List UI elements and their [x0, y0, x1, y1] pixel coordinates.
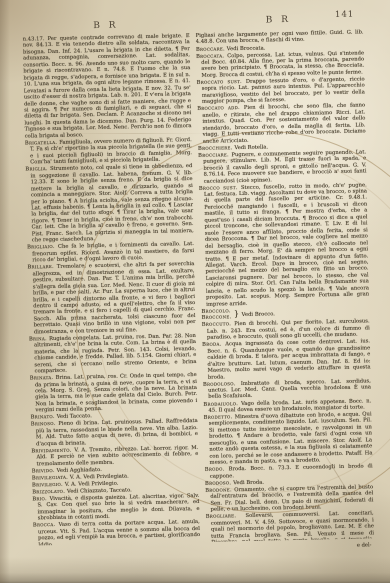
headword: Brillare. [27, 264, 56, 271]
dictionary-entry: Brina. Rugiada congelata. Lat. pruina, r… [29, 333, 197, 375]
headword: Brocco sust. [199, 185, 241, 192]
headword: Brodone. [205, 487, 234, 494]
headword: Broda. [202, 342, 225, 348]
headword: Brinoso. [31, 421, 59, 428]
headword: Brodoloso. [203, 381, 241, 388]
headword: Brogliare. [206, 513, 246, 520]
dictionary-entry: Brinoso. Pieno di brina. Lat. pruinosus.… [31, 418, 199, 447]
headword: Broccato add. [197, 105, 244, 112]
dictionary-entry: Brillare. Tremolare, e scuotersi, che al… [27, 261, 195, 335]
headword: Brivilegio. [32, 482, 65, 489]
headword: Brivido. [32, 468, 57, 475]
left-text-column: n.43.17. Per queste contrade correvano d… [23, 33, 201, 545]
headword: Brinata. [30, 375, 56, 382]
headword: Brina. [29, 336, 49, 342]
dictionary-entry: Brodetto. Minestra d'uova dibattute con … [204, 411, 373, 466]
page-content: B R B R 141 n.43.17. Per queste contrade… [0, 0, 390, 583]
right-text-column: Pigliasi anche largamente per ogni vaso … [196, 29, 375, 541]
dictionary-entry: Brigatella. Famigliuola, ovvero numero d… [25, 137, 193, 166]
dictionary-entry: Brogliare. Sollevarsi, commuoversi. Lat.… [206, 510, 375, 541]
headword: Brio. [32, 496, 49, 502]
headword: Broccare. [196, 46, 227, 53]
headword: Brocca. [33, 522, 59, 529]
headword: Brocchiere. [198, 145, 235, 152]
dictionary-entry: Brividamento. V. A. Tremito, ribrezzo. L… [31, 445, 198, 468]
headword: Brividamento. [31, 447, 74, 454]
headword: Brodo. [205, 467, 229, 473]
headword: Broccata. [196, 53, 227, 60]
running-header-left: B R [22, 19, 189, 32]
dictionary-entry: Broccato sust. Drappo tessuto d'oro, o d… [197, 76, 366, 105]
dictionary-entry: Broda. Acqua ingrassata da cose cotte de… [202, 339, 371, 381]
headword: Briglia. [25, 166, 50, 173]
headword: Brinato. [31, 414, 57, 421]
headword: Brodetto. [204, 414, 235, 421]
dictionary-entry: Brodone. Ornamento, che si cuopre tra l'… [205, 484, 374, 513]
catchword: e del- [205, 542, 371, 551]
headword: Brocciare. [198, 152, 231, 159]
headword: Brizzolato. [32, 489, 67, 496]
dictionary-entry: Broccato add. Pien di brocchi, che sono … [197, 103, 366, 145]
headword: Brodaiuolo. [203, 401, 241, 408]
headword: Broccone. [201, 314, 231, 321]
dictionary-entry: Brio. Vivacità, e disposta gaiezza. Lat.… [32, 493, 200, 522]
headword: Brigatella. [25, 140, 60, 147]
dictionary-entry: n.43.17. Per queste contrade correvano d… [23, 33, 192, 140]
headword: Broccato sust. [197, 79, 246, 86]
dictionary-entry: Brocco sust. Stecco, fuscello, rotto in … [199, 182, 370, 308]
headword: Broccuto. [202, 321, 235, 328]
book-page-scan: B R B R 141 n.43.17. Per queste contrade… [0, 0, 390, 583]
dictionary-entry: Broccata. Colpo, percossa. Lat. ictus, v… [196, 50, 365, 79]
headword: Brivilegiata. [32, 475, 70, 482]
headword: Brigliaio. [27, 244, 58, 251]
brace: } [231, 309, 241, 318]
dictionary-entry: Brodoloso. Imbrattato di broda, sporco. … [203, 378, 371, 401]
headword: Brodoso. [205, 480, 233, 487]
dictionary-entry: Briglia. Strumento noto, col quale si ti… [25, 163, 194, 244]
dictionary-entry: Brocciare. Pugnere, e comunemente seguir… [198, 149, 367, 185]
dictionary-entry: Brinata. Brina. Lat. pruina, ros. Cr. On… [30, 372, 198, 414]
dictionary-entry: Brocca. Vaso di terra cotta da portare a… [33, 519, 200, 545]
